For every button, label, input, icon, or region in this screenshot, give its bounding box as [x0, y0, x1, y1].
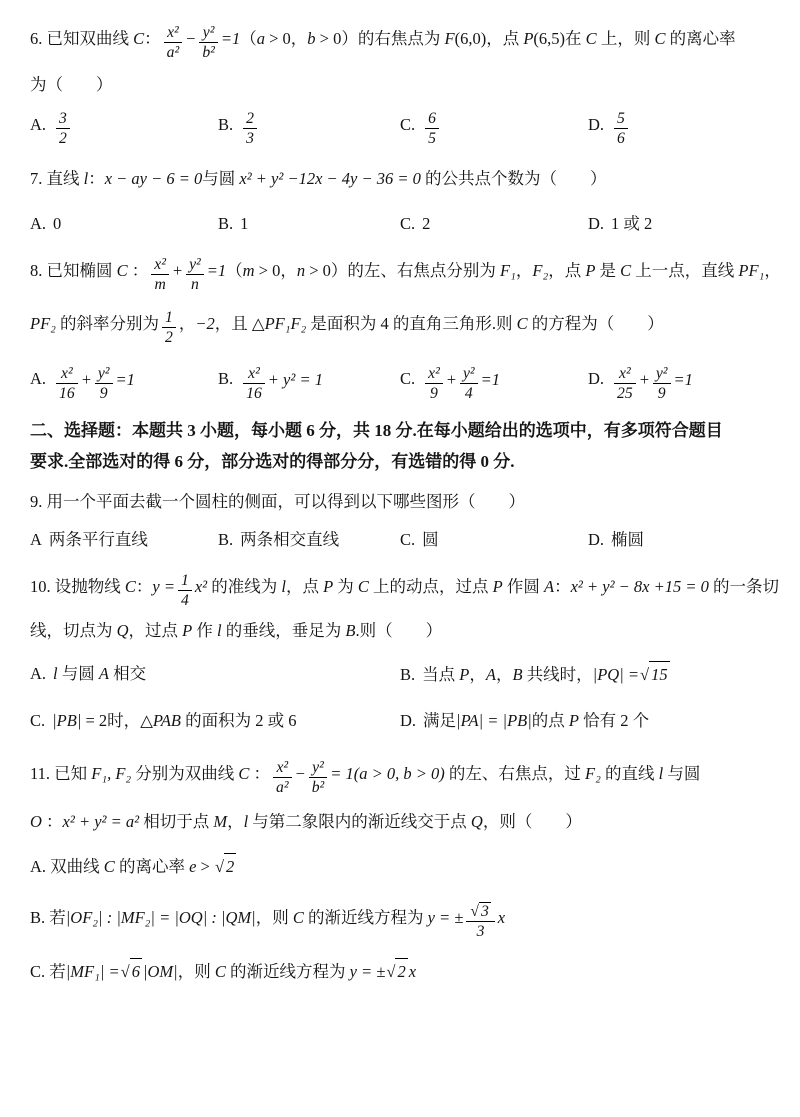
- math-run: −: [295, 764, 306, 783]
- math-run: P: [523, 29, 533, 48]
- text-run: > 0，: [255, 261, 297, 280]
- math-run: |PB|: [52, 711, 81, 730]
- option-D: D.满足|PA| = |PB|的点 P 恰有 2 个: [400, 708, 772, 734]
- option-A: A.l 与圆 A 相交: [30, 661, 400, 688]
- fraction: x²a²: [164, 24, 183, 61]
- option-C: C.x²9+y²4=1: [400, 365, 588, 402]
- math-run: |PA| = |PB|: [456, 711, 532, 730]
- text-run: ：: [144, 29, 161, 48]
- math-run: |OF₂| : |MF₂| = |OQ| : |QM|: [66, 908, 256, 927]
- math-run: =1: [674, 369, 693, 388]
- option-B: B.23: [218, 110, 400, 147]
- fraction: x²9: [425, 365, 443, 402]
- math-run: =1: [221, 29, 240, 48]
- option-label: D.: [588, 530, 604, 549]
- text-run: 相切于点: [139, 812, 213, 831]
- option-label: A.: [30, 115, 46, 134]
- option-B: B.x²16+ y² = 1: [218, 365, 400, 402]
- text-run: 的渐近线方程为: [226, 962, 350, 981]
- math-run: y =: [152, 577, 175, 596]
- math-run: F₁, F₂: [91, 764, 131, 783]
- math-run: b: [307, 29, 315, 48]
- text-run: ：: [554, 577, 571, 596]
- text-run: 的直线: [601, 764, 659, 783]
- text-run: 为: [333, 577, 358, 596]
- math-run: =1: [207, 261, 226, 280]
- question-10-line-1: 10. 设抛物线 C：y =14x² 的准线为 l，点 P 为 C 上的动点，过…: [30, 572, 772, 609]
- math-run: C: [133, 29, 144, 48]
- text-run: 9. 用一个平面去截一个圆柱的侧面，可以得到以下哪些图形（ ）: [30, 492, 525, 511]
- text-run: > 0）的右焦点为: [316, 29, 445, 48]
- math-run: C: [293, 908, 304, 927]
- option-label: C.: [400, 530, 415, 549]
- question-6-line-1: 6. 已知双曲线 C：x²a²−y²b²=1（a > 0，b > 0）的右焦点为…: [30, 24, 772, 61]
- question-6-line-2: 为（ ）: [30, 72, 772, 98]
- math-run: |PQ| =: [593, 665, 639, 684]
- text-run: ，则（ ）: [483, 812, 582, 831]
- text-run: 相交: [109, 664, 146, 683]
- text-run: 的点: [532, 711, 569, 730]
- option-label: D.: [588, 369, 604, 388]
- math-run: P: [459, 665, 469, 684]
- fraction: y²4: [460, 365, 478, 402]
- text-run: = 2时，: [81, 711, 140, 730]
- text-run: 11. 已知: [30, 764, 91, 783]
- text-run: 的准线为: [207, 577, 281, 596]
- text-run: ，: [496, 665, 513, 684]
- math-run: P: [569, 711, 579, 730]
- sqrt-expression: √2: [215, 853, 236, 880]
- text-run: ，过点: [129, 621, 183, 640]
- text-run: ，且: [215, 314, 252, 333]
- option-label: C.: [400, 369, 415, 388]
- text-run: ，则: [256, 908, 293, 927]
- text-run: 7. 直线: [30, 169, 84, 188]
- text-run: ，: [227, 812, 244, 831]
- text-run: ，: [469, 665, 486, 684]
- fraction: y²b²: [309, 759, 328, 796]
- text-run: 分别为双曲线: [131, 764, 238, 783]
- text-run: 6. 已知双曲线: [30, 29, 133, 48]
- text-run: 共线时，: [523, 665, 593, 684]
- math-run: △PAB: [140, 711, 181, 730]
- math-run: |OM|: [143, 962, 178, 981]
- fraction: y²b²: [199, 24, 218, 61]
- text-run: ：: [88, 169, 105, 188]
- question-9-line: 9. 用一个平面去截一个圆柱的侧面，可以得到以下哪些图形（ ）: [30, 489, 772, 515]
- math-run: PF₁: [738, 261, 764, 280]
- option-label: A.: [30, 214, 46, 233]
- sqrt-expression: √15: [640, 661, 670, 688]
- option-C: C.|PB| = 2时，△PAB 的面积为 2 或 6: [30, 708, 400, 734]
- math-run: =1: [481, 369, 500, 388]
- text-run: ：: [42, 812, 63, 831]
- text-run: 的离心率: [115, 857, 189, 876]
- math-run: P: [182, 621, 192, 640]
- math-run: +: [81, 369, 92, 388]
- text-run: 的方程为（ ）: [528, 314, 664, 333]
- question-11-option-b: B. 若|OF₂| : |MF₂| = |OQ| : |QM|，则 C 的渐近线…: [30, 902, 772, 940]
- text-run: .则（ ）: [355, 621, 442, 640]
- math-run: F₁: [500, 261, 516, 280]
- text-run: 满足: [423, 711, 456, 730]
- fraction: y²n: [186, 256, 204, 293]
- sqrt-expression: √6: [121, 958, 142, 985]
- section-2-header-line-1: 二、选择题：本题共 3 小题，每小题 6 分，共 18 分.在每小题给出的选项中…: [30, 418, 772, 444]
- text-run: 2: [422, 214, 430, 233]
- math-run: F₂: [532, 261, 548, 280]
- text-run: 1 或 2: [611, 214, 652, 233]
- text-run: > 0，: [265, 29, 307, 48]
- question-8-line-1: 8. 已知椭圆 C ：x²m+y²n=1（m > 0，n > 0）的左、右焦点分…: [30, 256, 772, 293]
- math-run: M: [213, 812, 227, 831]
- math-run: P: [585, 261, 595, 280]
- option-label: A: [30, 530, 42, 549]
- option-label: D.: [588, 115, 604, 134]
- math-run: + y² = 1: [268, 369, 323, 388]
- math-run: |MF₁| =: [66, 962, 120, 981]
- math-run: y = ±: [350, 962, 386, 981]
- text-run: 二、选择题：本题共 3 小题，每小题 6 分，共 18 分.在每小题给出的选项中…: [30, 421, 723, 440]
- text-run: 的一条切: [709, 577, 779, 596]
- text-run: 作: [192, 621, 217, 640]
- text-run: 的斜率分别为: [56, 314, 159, 333]
- question-11-line-2: O ：x² + y² = a² 相切于点 M，l 与第二象限内的渐近线交于点 Q…: [30, 809, 772, 835]
- text-run: 的面积为 2 或 6: [181, 711, 297, 730]
- math-run: x² + y² −12x − 4y − 36 = 0: [239, 169, 420, 188]
- text-run: 与圆: [202, 169, 239, 188]
- math-run: +: [172, 261, 183, 280]
- text-run: ，点: [548, 261, 585, 280]
- fraction: 56: [614, 110, 628, 147]
- text-run: 两条相交直线: [240, 530, 339, 549]
- text-run: 与圆: [58, 664, 99, 683]
- option-label: B.: [218, 214, 233, 233]
- question-8-options: A.x²16+y²9=1B.x²16+ y² = 1C.x²9+y²4=1D.x…: [30, 365, 772, 402]
- math-run: C: [238, 764, 249, 783]
- math-run: B: [345, 621, 355, 640]
- math-run: C: [358, 577, 369, 596]
- text-run: ：: [136, 577, 153, 596]
- math-run: x − ay − 6 = 0: [105, 169, 203, 188]
- question-9-options: A两条平行直线B.两条相交直线C.圆D.椭圆: [30, 527, 772, 553]
- math-run: −: [185, 29, 196, 48]
- option-B: B.1: [218, 211, 400, 237]
- text-run: 的离心率: [665, 29, 735, 48]
- text-run: 10. 设抛物线: [30, 577, 125, 596]
- math-run: m: [243, 261, 255, 280]
- math-run: A: [486, 665, 496, 684]
- math-run: =1: [116, 369, 135, 388]
- option-C: C.圆: [400, 527, 588, 553]
- section-2-header-line-2: 要求.全部选对的得 6 分，部分选对的得部分分，有选错的得 0 分.: [30, 449, 772, 475]
- question-10-options-cd: C.|PB| = 2时，△PAB 的面积为 2 或 6D.满足|PA| = |P…: [30, 708, 772, 734]
- math-run: A: [544, 577, 554, 596]
- math-run: C: [125, 577, 136, 596]
- text-run: 恰有 2 个: [579, 711, 649, 730]
- math-run: P: [323, 577, 333, 596]
- text-run: 的左、右焦点，过: [445, 764, 585, 783]
- math-run: n: [297, 261, 305, 280]
- math-run: F₂: [585, 764, 601, 783]
- question-10-options-ab: A.l 与圆 A 相交B.当点 P，A，B 共线时，|PQ| =√15: [30, 661, 772, 688]
- sqrt-expression: √3: [470, 902, 490, 920]
- fraction: √33: [466, 902, 494, 940]
- option-label: D.: [588, 214, 604, 233]
- text-run: 上，则: [597, 29, 655, 48]
- text-run: ，则: [178, 962, 215, 981]
- option-B: B.当点 P，A，B 共线时，|PQ| =√15: [400, 661, 772, 688]
- option-D: D.椭圆: [588, 527, 772, 553]
- math-run: C: [215, 962, 226, 981]
- text-run: 线，切点为: [30, 621, 117, 640]
- text-run: ，: [764, 261, 781, 280]
- math-run: O: [30, 812, 42, 831]
- math-run: PF₂: [30, 314, 56, 333]
- text-run: ，: [179, 314, 196, 333]
- math-run: C: [117, 261, 128, 280]
- option-A: A.0: [30, 211, 218, 237]
- option-label: A.: [30, 664, 46, 683]
- fraction: 12: [162, 309, 176, 346]
- option-D: D.56: [588, 110, 772, 147]
- math-run: C: [586, 29, 597, 48]
- text-run: 的渐近线方程为: [304, 908, 428, 927]
- fraction: 14: [178, 572, 192, 609]
- question-11-option-a: A. 双曲线 C 的离心率 e > √2: [30, 853, 772, 880]
- text-run: 圆: [422, 530, 439, 549]
- text-run: >: [196, 857, 214, 876]
- option-A: A两条平行直线: [30, 527, 218, 553]
- math-run: −2: [195, 314, 214, 333]
- math-run: x² + y² − 8x +15 = 0: [571, 577, 709, 596]
- fraction: y²9: [95, 365, 113, 402]
- text-run: ：: [128, 261, 149, 280]
- question-8-line-2: PF₂ 的斜率分别为12，−2，且 △PF₁F₂ 是面积为 4 的直角三角形.则…: [30, 309, 772, 346]
- option-A: A.x²16+y²9=1: [30, 365, 218, 402]
- math-run: F: [444, 29, 454, 48]
- fraction: x²16: [56, 365, 78, 402]
- math-run: a: [257, 29, 265, 48]
- option-D: D.1 或 2: [588, 211, 772, 237]
- option-label: B.: [400, 665, 415, 684]
- text-run: C. 若: [30, 962, 66, 981]
- option-C: C.2: [400, 211, 588, 237]
- fraction: x²16: [243, 365, 265, 402]
- sqrt-expression: √2: [386, 958, 407, 985]
- question-6-options: A.32B.23C.65D.56: [30, 110, 772, 147]
- math-run: x² + y² = a²: [63, 812, 140, 831]
- math-run: △PF₁F₂: [252, 314, 306, 333]
- option-C: C.65: [400, 110, 588, 147]
- math-run: Q: [117, 621, 129, 640]
- fraction: x²25: [614, 365, 636, 402]
- option-B: B.两条相交直线: [218, 527, 400, 553]
- math-run: +: [639, 369, 650, 388]
- text-run: 上一点，直线: [631, 261, 738, 280]
- exam-document: 6. 已知双曲线 C：x²a²−y²b²=1（a > 0，b > 0）的右焦点为…: [0, 0, 800, 985]
- fraction: 32: [56, 110, 70, 147]
- text-run: 8. 已知椭圆: [30, 261, 117, 280]
- math-run: y = ±: [428, 908, 464, 927]
- math-run: C: [654, 29, 665, 48]
- math-run: = 1(a > 0, b > 0): [330, 764, 445, 783]
- fraction: 23: [243, 110, 257, 147]
- math-run: C: [517, 314, 528, 333]
- text-run: 是面积为 4 的直角三角形.则: [306, 314, 516, 333]
- option-label: B.: [218, 115, 233, 134]
- text-run: 上的动点，过点: [369, 577, 493, 596]
- text-run: 与第二象限内的渐近线交于点: [248, 812, 471, 831]
- option-label: C.: [400, 214, 415, 233]
- text-run: (6,5)在: [533, 29, 585, 48]
- question-7-options: A.0B.1C.2D.1 或 2: [30, 211, 772, 237]
- math-run: Q: [471, 812, 483, 831]
- text-run: B. 若: [30, 908, 66, 927]
- text-run: 0: [53, 214, 61, 233]
- option-D: D.x²25+y²9=1: [588, 365, 772, 402]
- option-A: A.32: [30, 110, 218, 147]
- math-run: A: [99, 664, 109, 683]
- fraction: 65: [425, 110, 439, 147]
- question-11-line-1: 11. 已知 F₁, F₂ 分别为双曲线 C ：x²a²−y²b²= 1(a >…: [30, 759, 772, 796]
- question-7-line: 7. 直线 l：x − ay − 6 = 0与圆 x² + y² −12x − …: [30, 166, 772, 192]
- math-run: C: [620, 261, 631, 280]
- text-run: (6,0)，点: [455, 29, 524, 48]
- text-run: > 0）的左、右焦点分别为: [305, 261, 500, 280]
- option-label: C.: [400, 115, 415, 134]
- math-run: x: [498, 908, 505, 927]
- text-run: ，点: [286, 577, 323, 596]
- text-run: 与圆: [663, 764, 700, 783]
- text-run: 当点: [422, 665, 459, 684]
- text-run: ：: [249, 764, 270, 783]
- text-run: 要求.全部选对的得 6 分，部分选对的得部分分，有选错的得 0 分.: [30, 452, 515, 471]
- option-label: B.: [218, 369, 233, 388]
- question-10-line-2: 线，切点为 Q，过点 P 作 l 的垂线，垂足为 B.则（ ）: [30, 618, 772, 644]
- text-run: 的公共点个数为（ ）: [421, 169, 607, 188]
- option-label: A.: [30, 369, 46, 388]
- text-run: 作圆: [503, 577, 544, 596]
- text-run: 是: [595, 261, 620, 280]
- fraction: x²a²: [273, 759, 292, 796]
- text-run: 的垂线，垂足为: [222, 621, 346, 640]
- text-run: 两条平行直线: [49, 530, 148, 549]
- question-11-option-c: C. 若|MF₁| =√6|OM|，则 C 的渐近线方程为 y = ±√2x: [30, 958, 772, 985]
- math-run: B: [512, 665, 522, 684]
- text-run: 椭圆: [611, 530, 644, 549]
- math-run: x²: [195, 577, 207, 596]
- text-run: ，: [516, 261, 533, 280]
- math-run: C: [104, 857, 115, 876]
- text-run: 1: [240, 214, 248, 233]
- fraction: y²9: [653, 365, 671, 402]
- text-run: （: [240, 29, 257, 48]
- math-run: x: [409, 962, 416, 981]
- option-label: C.: [30, 711, 45, 730]
- option-label: D.: [400, 711, 416, 730]
- option-label: B.: [218, 530, 233, 549]
- fraction: x²m: [151, 256, 169, 293]
- text-run: A. 双曲线: [30, 857, 104, 876]
- math-run: P: [493, 577, 503, 596]
- text-run: 为（ ）: [30, 75, 113, 94]
- math-run: +: [446, 369, 457, 388]
- text-run: （: [226, 261, 243, 280]
